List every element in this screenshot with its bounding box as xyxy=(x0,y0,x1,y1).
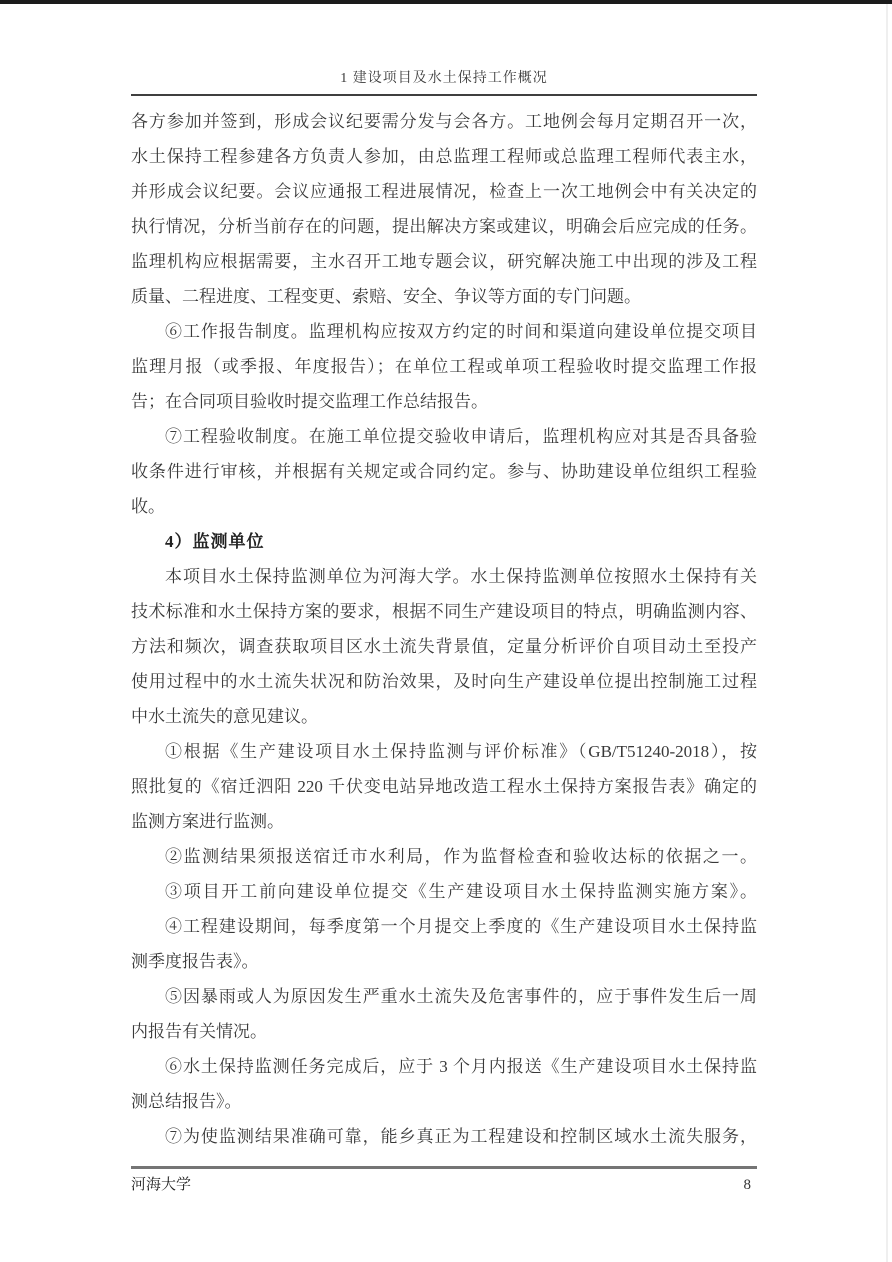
text-line: 监理月报（或季报、年度报告）；在单位工程或单项工程验收时提交监理工作报 xyxy=(131,349,757,384)
text-line: 收条件进行审核，并根据有关规定或合同约定。参与、协助建设单位组织工程验 xyxy=(131,454,757,489)
text-line: ③项目开工前向建设单位提交《生产建设项目水土保持监测实施方案》。 xyxy=(131,874,757,909)
text-line: ⑦为使监测结果准确可靠，能乡真正为工程建设和控制区域水土流失服务， xyxy=(131,1119,757,1154)
page-header: 1 建设项目及水土保持工作概况 xyxy=(131,0,757,96)
text-line: 监测方案进行监测。 xyxy=(131,804,757,839)
text-line: ⑤因暴雨或人为原因发生严重水土流失及危害事件的，应于事件发生后一周 xyxy=(131,979,757,1014)
text-line: 本项目水土保持监测单位为河海大学。水土保持监测单位按照水土保持有关 xyxy=(131,559,757,594)
text-line: 并形成会议纪要。会议应通报工程进展情况，检查上一次工地例会中有关决定的 xyxy=(131,174,757,209)
text-line: 收。 xyxy=(131,489,757,524)
scan-right-edge xyxy=(886,4,888,1262)
document-body: 各方参加并签到，形成会议纪要需分发与会各方。工地例会每月定期召开一次，水土保持工… xyxy=(131,104,757,1154)
text-line: 使用过程中的水土流失状况和防治效果，及时向生产建设单位提出控制施工过程 xyxy=(131,664,757,699)
header-rule xyxy=(131,94,757,96)
page-number: 8 xyxy=(744,1177,758,1194)
text-line: ②监测结果须报送宿迁市水利局，作为监督检查和验收达标的依据之一。 xyxy=(131,839,757,874)
text-line: 照批复的《宿迁泗阳 220 千伏变电站异地改造工程水土保持方案报告表》确定的 xyxy=(131,769,757,804)
text-line: 技术标准和水土保持方案的要求，根据不同生产建设项目的特点，明确监测内容、 xyxy=(131,594,757,629)
text-line: ①根据《生产建设项目水土保持监测与评价标准》（GB/T51240-2018），按 xyxy=(131,734,757,769)
page-footer: 河海大学 8 xyxy=(131,1166,757,1194)
text-line: 方法和频次，调查获取项目区水土流失背景值，定量分析评价自项目动土至投产 xyxy=(131,629,757,664)
chapter-header-title: 1 建设项目及水土保持工作概况 xyxy=(131,0,757,87)
footer-organization: 河海大学 xyxy=(131,1173,191,1194)
text-line: ⑦工程验收制度。在施工单位提交验收申请后，监理机构应对其是否具备验 xyxy=(131,419,757,454)
text-line: 告；在合同项目验收时提交监理工作总结报告。 xyxy=(131,384,757,419)
text-line: 水土保持工程参建各方负责人参加，由总监理工程师或总监理工程师代表主水， xyxy=(131,139,757,174)
text-line: ⑥工作报告制度。监理机构应按双方约定的时间和渠道向建设单位提交项目 xyxy=(131,314,757,349)
text-line: 测总结报告》。 xyxy=(131,1084,757,1119)
text-line: 内报告有关情况。 xyxy=(131,1014,757,1049)
text-line: ④工程建设期间，每季度第一个月提交上季度的《生产建设项目水土保持监 xyxy=(131,909,757,944)
text-line: ⑥水土保持监测任务完成后，应于 3 个月内报送《生产建设项目水土保持监 xyxy=(131,1049,757,1084)
document-page: 1 建设项目及水土保持工作概况 各方参加并签到，形成会议纪要需分发与会各方。工地… xyxy=(0,0,892,1262)
text-line: 监理机构应根据需要，主水召开工地专题会议，研究解决施工中出现的涉及工程 xyxy=(131,244,757,279)
section-heading: 4）监测单位 xyxy=(131,524,757,559)
text-line: 执行情况，分析当前存在的问题，提出解决方案或建议，明确会后应完成的任务。 xyxy=(131,209,757,244)
text-line: 质量、二程进度、工程变更、索赔、安全、争议等方面的专门问题。 xyxy=(131,279,757,314)
text-line: 中水土流失的意见建议。 xyxy=(131,699,757,734)
text-line: 各方参加并签到，形成会议纪要需分发与会各方。工地例会每月定期召开一次， xyxy=(131,104,757,139)
text-line: 测季度报告表》。 xyxy=(131,944,757,979)
